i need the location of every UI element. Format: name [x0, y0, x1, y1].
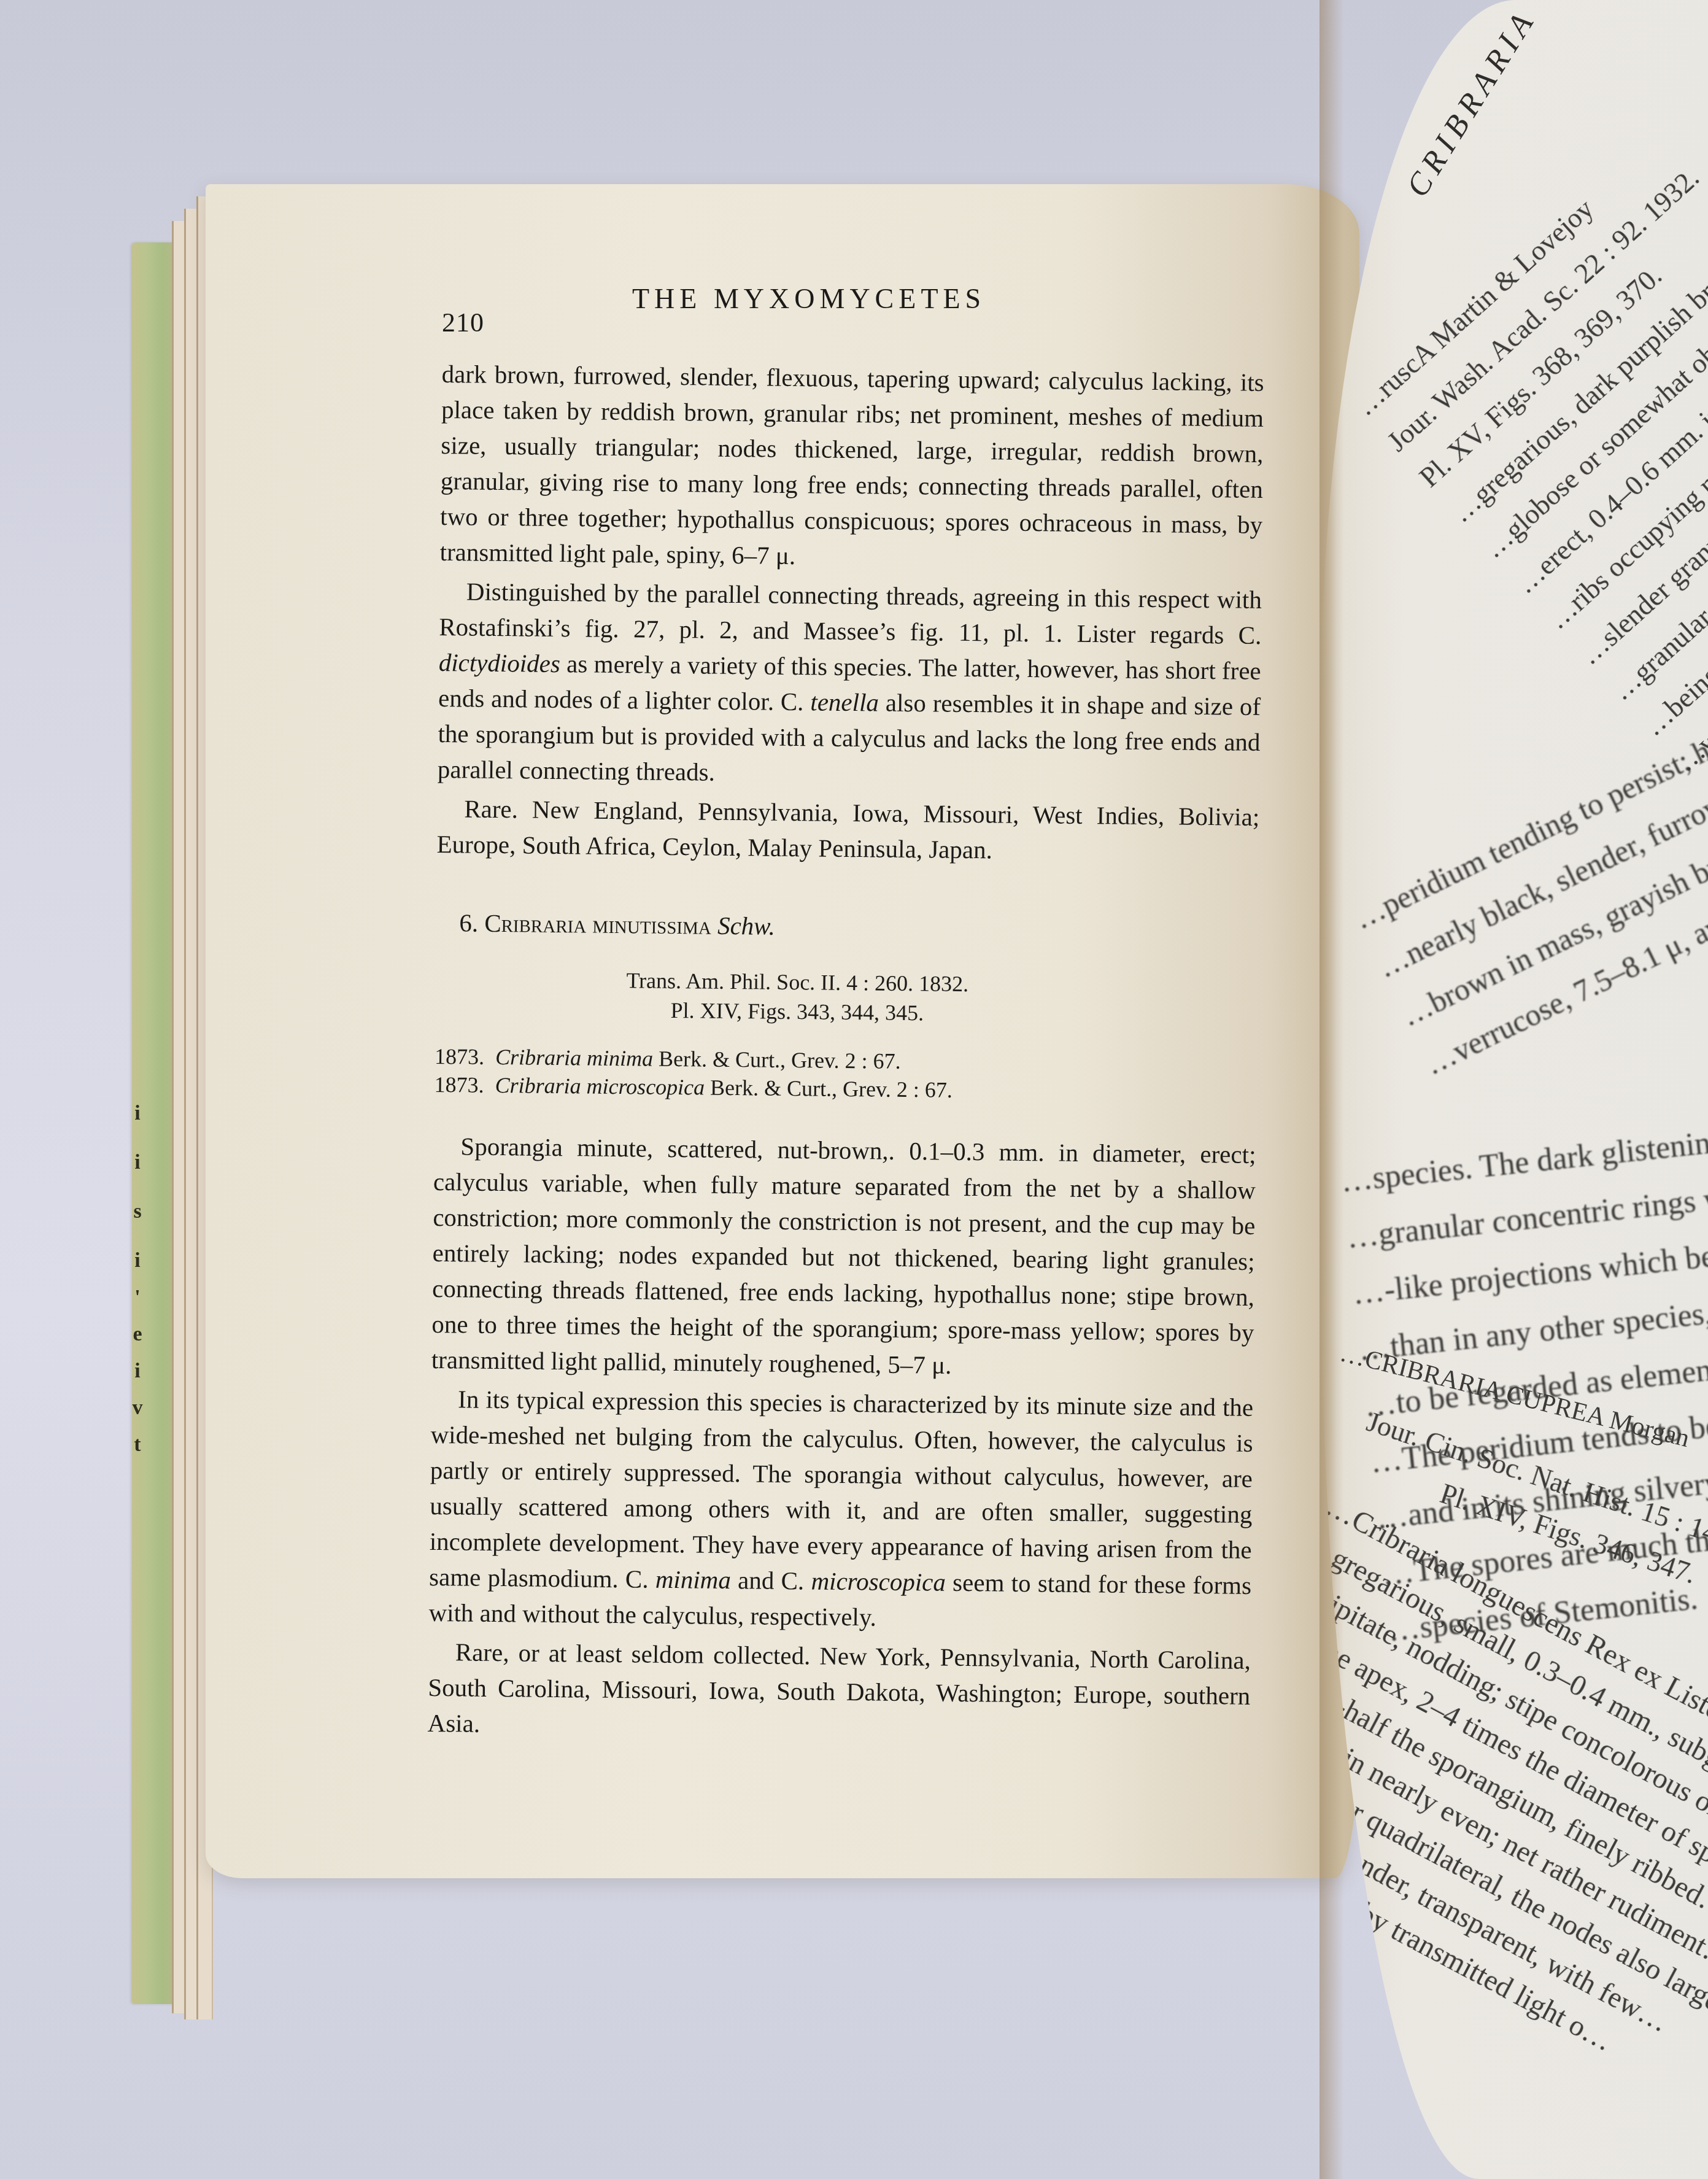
synonym-name: Cribraria microscopica — [495, 1073, 705, 1100]
cover-text-fragment: i — [132, 1360, 143, 1383]
synonym-reference: Berk. & Curt., Grev. 2 : 67. — [653, 1047, 901, 1074]
synonym-list: 1873. Cribraria minima Berk. & Curt., Gr… — [434, 1042, 1257, 1107]
synonym-year: 1873. — [434, 1070, 489, 1099]
running-head: 210 THE MYXOMYCETES — [442, 282, 1264, 356]
continuation-paragraph: dark brown, furrowed, slender, flexuous,… — [439, 356, 1264, 578]
right-page: CRIBRARIA …ruscA Martin & Lovejoy Jour. … — [1320, 0, 1708, 2179]
synonym-name: Cribraria minima — [495, 1045, 653, 1071]
cover-text-fragment: e — [132, 1323, 143, 1346]
italic-species-name: microscopica — [811, 1566, 946, 1596]
left-page-content: 210 THE MYXOMYCETES dark brown, furrowed… — [442, 282, 1264, 1744]
italic-species-name: minima — [655, 1565, 731, 1594]
citation-line: Pl. XIV, Figs. 343, 344, 345. — [558, 994, 1037, 1029]
italic-species-name: dictydioides — [439, 648, 561, 678]
body-text: dark brown, furrowed, slender, flexuous,… — [427, 356, 1264, 1749]
species-citation: Trans. Am. Phil. Soc. II. 4 : 260. 1832.… — [558, 965, 1037, 1029]
range-paragraph: Rare, or at least seldom collected. New … — [427, 1634, 1251, 1749]
species-name: Cribraria minutissima — [484, 909, 711, 940]
species-heading: 6. Cribraria minutissima Schw. — [459, 905, 1259, 949]
gutter-shadow — [1320, 0, 1344, 2179]
page-number: 210 — [442, 307, 484, 338]
discussion-paragraph: Distinguished by the parallel connecting… — [438, 573, 1262, 795]
cover-text-fragment: ' — [132, 1286, 143, 1309]
remarks-paragraph: In its typical expression this species i… — [428, 1381, 1253, 1639]
right-running-head: CRIBRARIA — [1399, 2, 1544, 203]
cover-text-fragment: s — [132, 1200, 143, 1223]
distribution-paragraph: Rare. New England, Pennsylvania, Iowa, M… — [436, 791, 1259, 870]
citation-line: Trans. Am. Phil. Soc. II. 4 : 260. 1832. — [558, 965, 1037, 999]
running-title: THE MYXOMYCETES — [632, 282, 986, 315]
species-author: Schw. — [717, 911, 775, 940]
synonym-reference: Berk. & Curt., Grev. 2 : 67. — [705, 1075, 953, 1102]
cover-text-fragment: v — [132, 1396, 143, 1420]
text-run: In its typical expression this species i… — [429, 1385, 1253, 1593]
book-cover-edge: i i s i ' e i v t — [132, 242, 175, 2004]
synonym-year: 1873. — [435, 1042, 490, 1071]
text-run: and C. — [731, 1566, 811, 1595]
species-number: 6. — [459, 908, 478, 937]
italic-species-name: tenella — [810, 687, 879, 716]
cover-text-fragment: t — [132, 1433, 143, 1457]
description-paragraph: Sporangia minute, scattered, nut-brown,.… — [431, 1128, 1256, 1386]
cover-text-fragment: i — [132, 1151, 143, 1174]
book-photo: i i s i ' e i v t 210 THE MYXOMYCETES da… — [0, 0, 1708, 2179]
left-page: 210 THE MYXOMYCETES dark brown, furrowed… — [206, 184, 1359, 1878]
cover-text-fragment: i — [132, 1102, 143, 1125]
cover-text-fragment: i — [132, 1249, 143, 1272]
text-run: Distinguished by the parallel connecting… — [439, 577, 1262, 649]
